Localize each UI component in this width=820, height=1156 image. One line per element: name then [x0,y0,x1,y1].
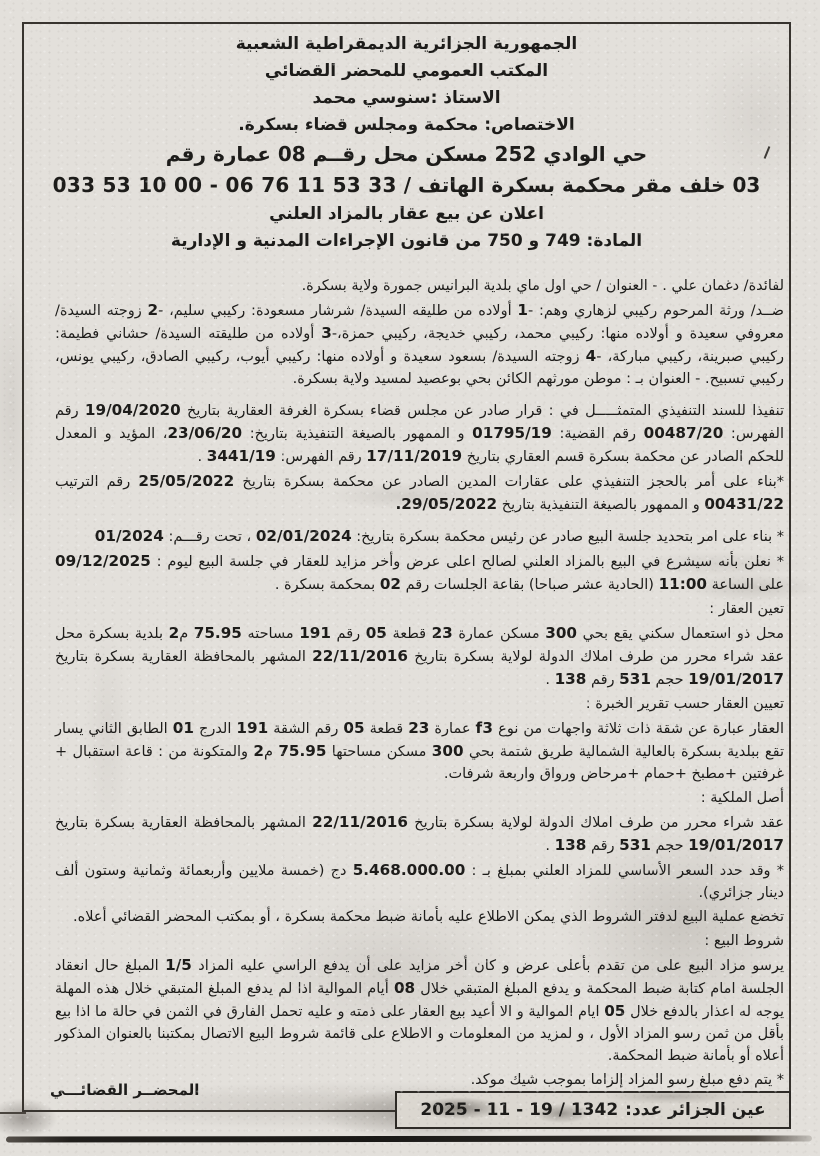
address-line-1: حي الوادي 252 مسكن محل رقــم 08 عمارة رق… [24,139,789,170]
signature-judicial-officer: المحضــر القضائـــي [50,1081,199,1099]
body-paragraph: تنفيذا للسند التنفيذي المتمثـــــل في : … [55,399,784,468]
phone-numbers: 033 53 10 00 - 06 76 11 53 33 [53,170,397,201]
document-body: لفائدة/ دغمان علي . - العنوان / حي اول م… [24,255,789,1091]
auction-announcement-title: اعلان عن بيع عقار بالمزاد العلني [24,201,789,228]
body-paragraph: تخضع عملية البيع لدفتر الشروط الذي يمكن … [55,906,784,928]
body-paragraph: * وقد حدد السعر الأساسي للمزاد العلني بم… [55,859,784,904]
issue-number-date: 2025 - 11 - 19 / 1342 [420,1100,618,1120]
body-paragraph: * بناء على امر بتحديد جلسة البيع صادر عن… [55,525,784,548]
republic-title: الجمهورية الجزائرية الديمقراطية الشعبية [24,31,789,58]
officer-name: الاستاذ :سنوسي محمد [24,85,789,112]
body-paragraph: محل ذو استعمال سكني يقع بحي 300 مسكن عما… [55,622,784,691]
document-header: الجمهورية الجزائرية الديمقراطية الشعبية … [24,24,789,255]
body-paragraph: * نعلن بأنه سيشرع في البيع بالمزاد العلن… [55,550,784,596]
section-heading: تعيين العقار حسب تقرير الخبرة : [55,693,784,715]
body-paragraph: يرسو مزاد البيع على من تقدم بأعلى عرض و … [55,954,784,1067]
body-paragraph: لفائدة/ دغمان علي . - العنوان / حي اول م… [55,275,784,297]
newspaper-issue-box: عين الجزائر عدد: 2025 - 11 - 19 / 1342 [395,1091,791,1129]
issue-label: عين الجزائر عدد: [625,1100,765,1120]
body-paragraph: العقار عبارة عن شقة ذات ثلاثة واجهات من … [55,717,784,785]
jurisdiction-line: الاختصاص: محكمة ومجلس قضاء بسكرة. [24,112,789,139]
section-heading: شروط البيع : [55,930,784,952]
scan-line-artifact [0,1112,26,1114]
scanned-legal-notice-page: الجمهورية الجزائرية الديمقراطية الشعبية … [0,0,820,1156]
document-frame: الجمهورية الجزائرية الديمقراطية الشعبية … [22,22,791,1112]
section-heading: تعين العقار : [55,598,784,620]
address-phone-line: 03 خلف مقر محكمة بسكرة الهاتف / 033 53 1… [24,170,789,201]
body-paragraph: ضــد/ ورثة المرحوم ركيبي لزهاري وهم: -1 … [55,299,784,390]
office-title: المكتب العمومي للمحضر القضائي [24,58,789,85]
body-paragraph: عقد شراء محرر من طرف املاك الدولة لولاية… [55,811,784,857]
page-bottom-rule [6,1135,812,1142]
legal-articles-line: المادة: 749 و 750 من قانون الإجراءات الم… [24,228,789,255]
section-heading: أصل الملكية : [55,787,784,809]
body-paragraph: *بناء على أمر بالحجز التنفيذي على عقارات… [55,470,784,516]
address-line-2: 03 خلف مقر محكمة بسكرة الهاتف / [404,173,761,197]
